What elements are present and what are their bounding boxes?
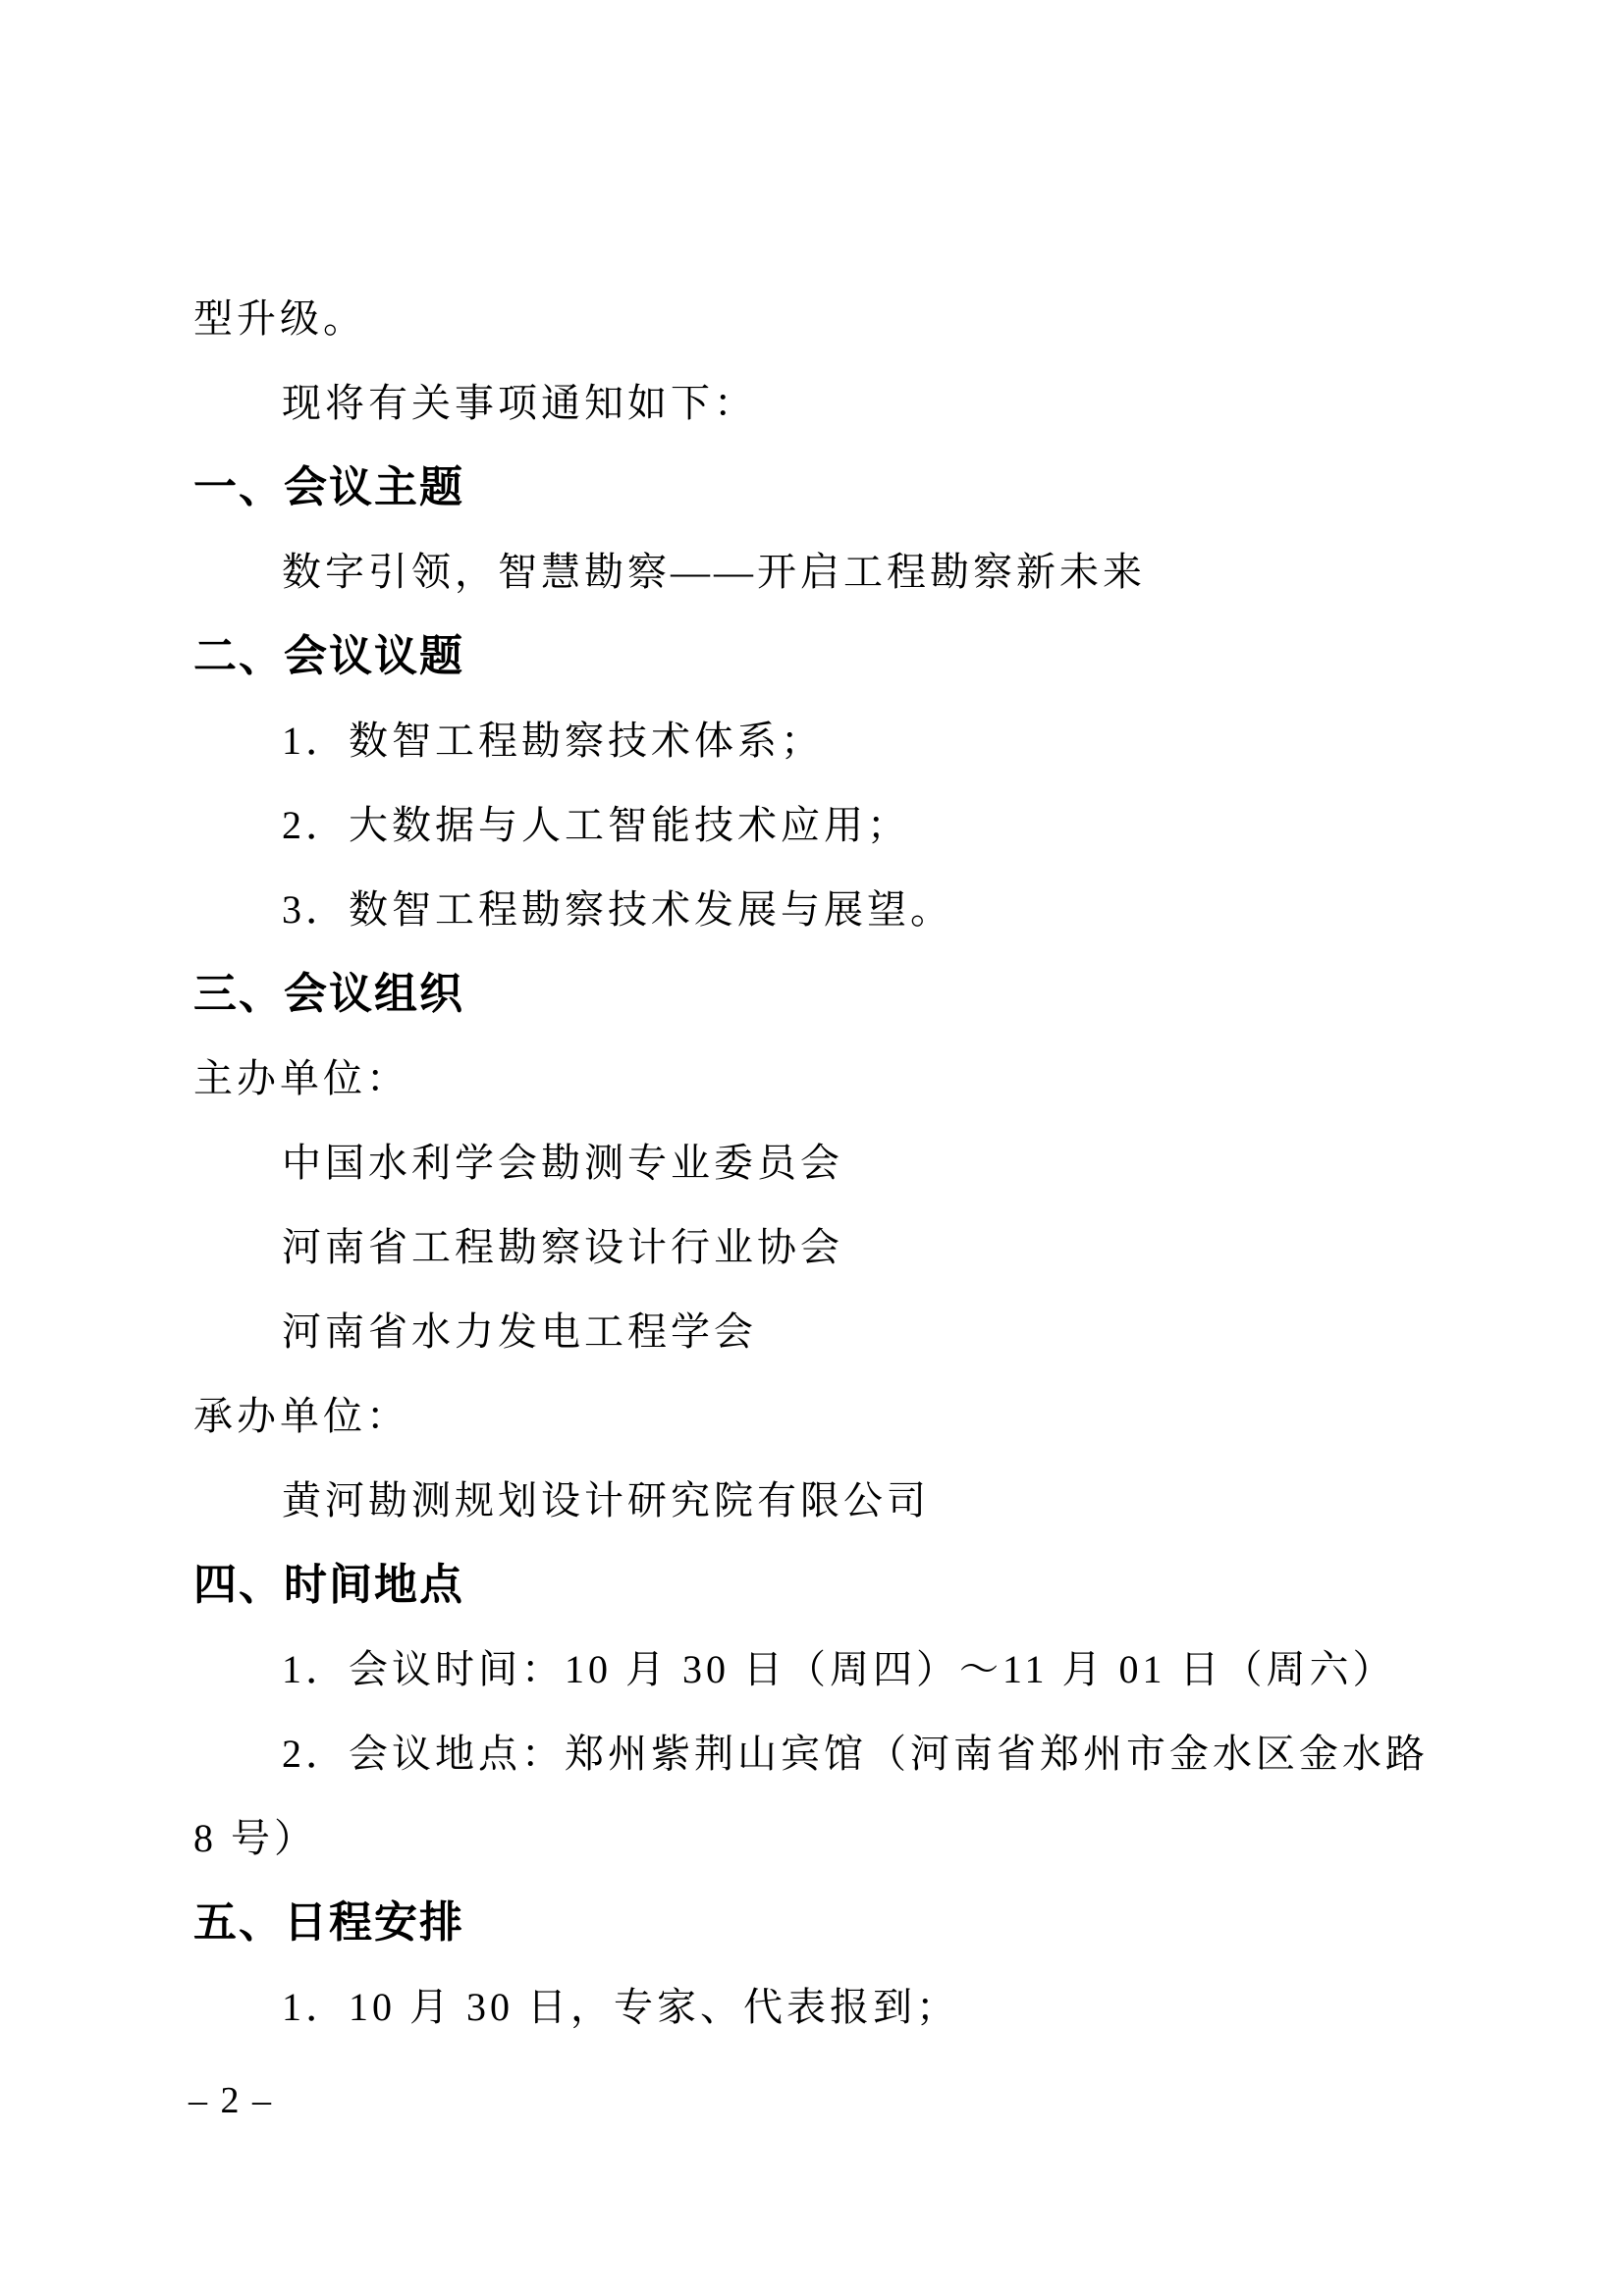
document-page: 型升级。 现将有关事项通知如下： 一、会议主题 数字引领，智慧勘察——开启工程勘… (0, 0, 1624, 2296)
paragraph-continuation: 型升级。 (193, 277, 1460, 361)
paragraph-lead-in: 现将有关事项通知如下： (193, 361, 1460, 446)
heading-time-location: 四、时间地点 (193, 1543, 1460, 1628)
heading-agenda: 五、日程安排 (193, 1881, 1460, 1965)
topic-item-1: 1．数智工程勘察技术体系； (193, 699, 1460, 783)
organizer-unit: 黄河勘测规划设计研究院有限公司 (193, 1459, 1460, 1543)
host-units-label: 主办单位： (193, 1037, 1460, 1121)
host-unit-1: 中国水利学会勘测专业委员会 (193, 1121, 1460, 1205)
meeting-time-item: 1．会议时间：10 月 30 日（周四）～11 月 01 日（周六） (193, 1628, 1460, 1712)
organizer-label: 承办单位： (193, 1374, 1460, 1459)
topic-item-3: 3．数智工程勘察技术发展与展望。 (193, 868, 1460, 952)
meeting-location-continued: 8 号） (193, 1796, 1460, 1881)
heading-meeting-theme: 一、会议主题 (193, 446, 1460, 530)
heading-meeting-organization: 三、会议组织 (193, 952, 1460, 1037)
document-body: 型升级。 现将有关事项通知如下： 一、会议主题 数字引领，智慧勘察——开启工程勘… (193, 277, 1460, 2050)
page-number: – 2 – (189, 2058, 273, 2143)
meeting-location-item: 2．会议地点：郑州紫荆山宾馆（河南省郑州市金水区金水路 (193, 1712, 1460, 1796)
agenda-item-1: 1．10 月 30 日，专家、代表报到； (193, 1965, 1460, 2050)
topic-item-2: 2．大数据与人工智能技术应用； (193, 783, 1460, 868)
host-unit-3: 河南省水力发电工程学会 (193, 1290, 1460, 1374)
meeting-theme-text: 数字引领，智慧勘察——开启工程勘察新未来 (193, 530, 1460, 614)
host-unit-2: 河南省工程勘察设计行业协会 (193, 1205, 1460, 1290)
heading-meeting-topics: 二、会议议题 (193, 614, 1460, 699)
